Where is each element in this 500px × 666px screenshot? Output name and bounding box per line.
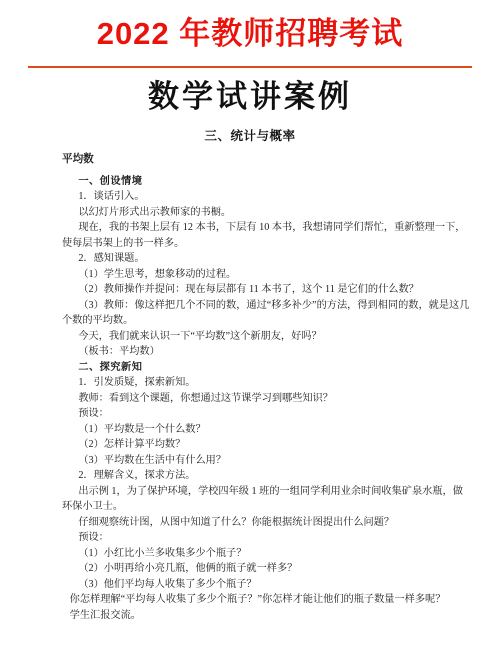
document-body: 平均数 一、创设情境1．谈话引入。以幻灯片形式出示教师家的书橱。现在，我的书架上… [0, 144, 500, 623]
paragraph: 2．理解含义，探求方法。 [62, 468, 470, 484]
paragraph: 现在，我的书架上层有 12 本书，下层有 10 本书，我想请同学们帮忙，重新整理… [62, 220, 470, 251]
paragraph: 1．谈话引入。 [62, 189, 470, 205]
banner-title: 2022 年教师招聘考试 [10, 14, 490, 54]
paragraph: 教师：看到这个课题，你想通过这节课学习到哪些知识？ [62, 391, 470, 407]
paragraph: 出示例 1，为了保护环境，学校四年级 1 班的一组同学利用业余时间收集矿泉水瓶，… [62, 484, 470, 515]
section-heading: 一、创设情境 [62, 174, 470, 190]
document-page: 2022 年教师招聘考试 数学试讲案例 三、统计与概率 平均数 一、创设情境1．… [0, 0, 500, 666]
paragraph: （2）小明再给小亮几瓶，他俩的瓶子就一样多？ [62, 561, 470, 577]
paragraph: 预设： [62, 530, 470, 546]
paragraph: 今天，我们就来认识一下“平均数”这个新朋友，好吗？ [62, 329, 470, 345]
section-heading: 二、探究新知 [62, 360, 470, 376]
document-title: 数学试讲案例 [0, 78, 500, 116]
paragraph: （1）平均数是一个什么数？ [62, 422, 470, 438]
paragraph: （3）教师：像这样把几个不同的数，通过“移多补少”的方法，得到相同的数，就是这几… [62, 298, 470, 329]
topic-heading: 平均数 [62, 152, 470, 168]
paragraph: 仔细观察统计图，从图中知道了什么？你能根据统计图提出什么问题？ [62, 515, 470, 531]
paragraph: （1）小红比小兰多收集多少个瓶子？ [62, 546, 470, 562]
divider-rule [28, 66, 472, 68]
paragraph: 预设： [62, 406, 470, 422]
paragraph: （3）平均数在生活中有什么用？ [62, 453, 470, 469]
paragraph: 学生汇报交流。 [62, 608, 470, 624]
paragraph: （1）学生思考，想象移动的过程。 [62, 267, 470, 283]
chapter-title: 三、统计与概率 [0, 128, 500, 144]
paragraph: （3）他们平均每人收集了多少个瓶子？ [62, 577, 470, 593]
paragraph: （板书：平均数） [62, 344, 470, 360]
paragraph: 1．引发质疑，探索新知。 [62, 375, 470, 391]
paragraph: 以幻灯片形式出示教师家的书橱。 [62, 205, 470, 221]
paragraph: 2．感知课题。 [62, 251, 470, 267]
paragraph: 你怎样理解“平均每人收集了多少个瓶子？”你怎样才能让他们的瓶子数量一样多呢？ [62, 592, 470, 608]
paragraph: （2）教师操作并提问：现在每层都有 11 本书了，这个 11 是它们的什么数？ [62, 282, 470, 298]
paragraph: （2）怎样计算平均数？ [62, 437, 470, 453]
